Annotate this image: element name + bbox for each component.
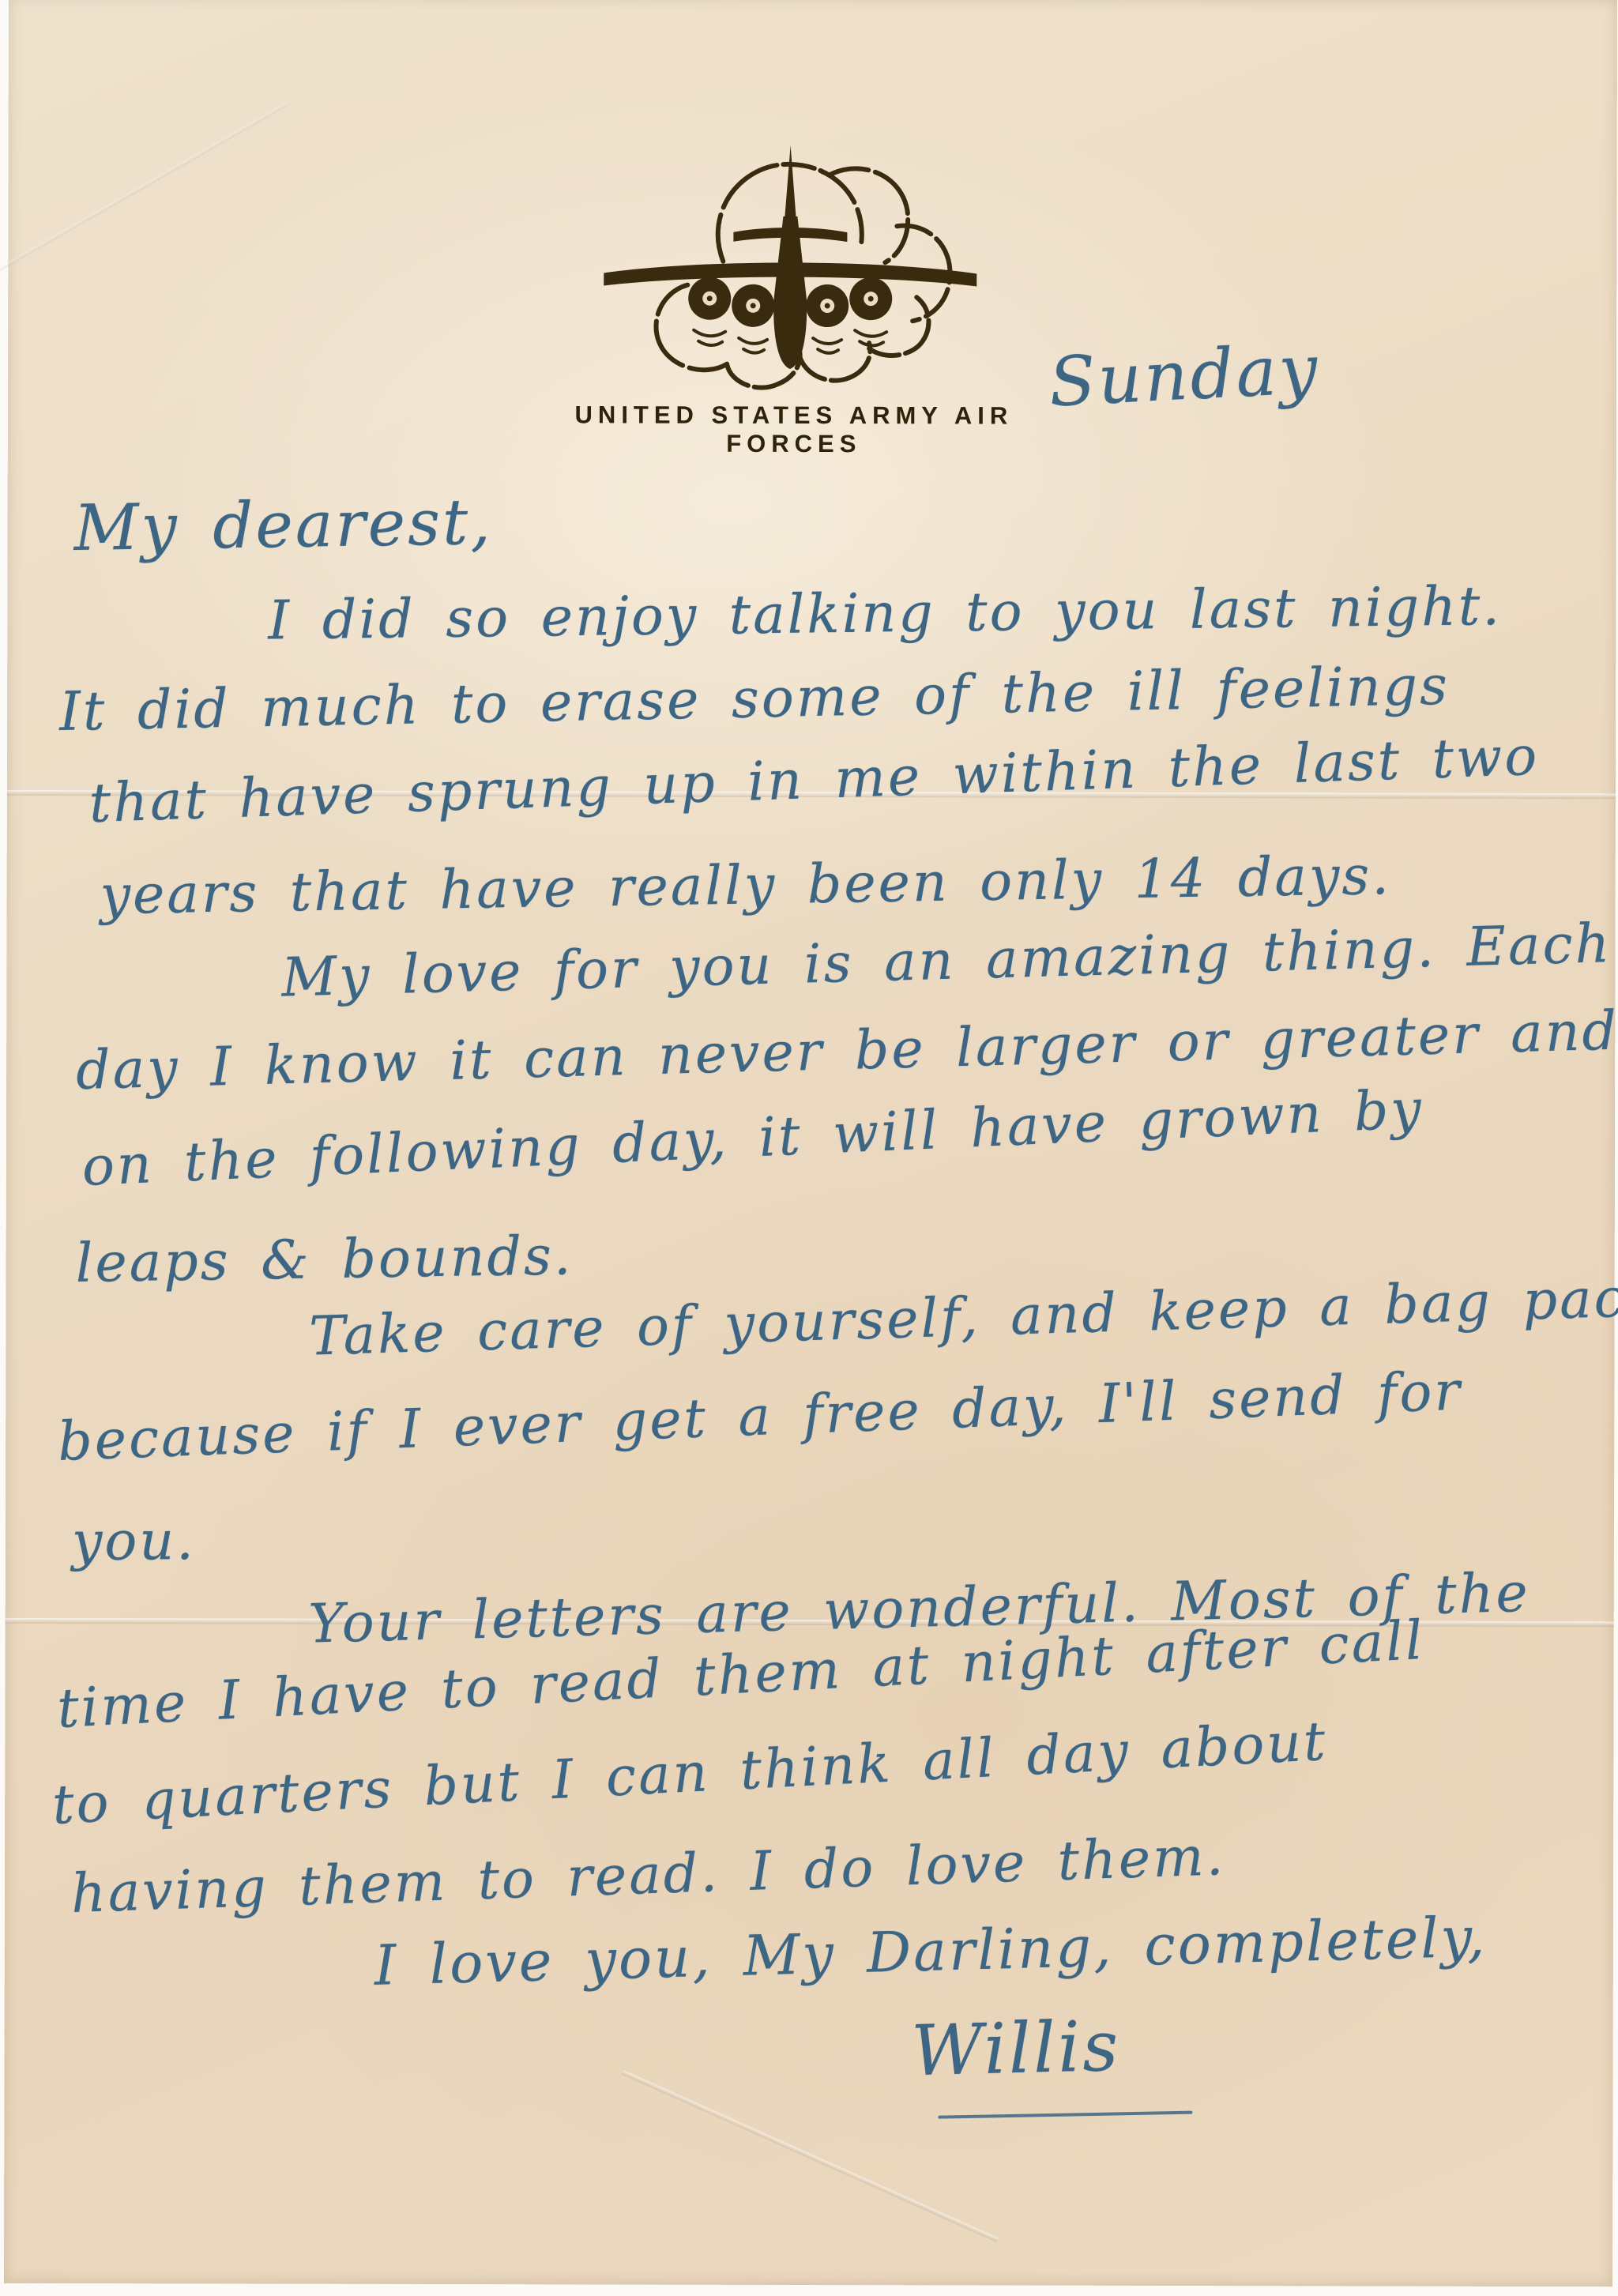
letter-line: I did so enjoy talking to you last night…	[268, 575, 1502, 653]
fold-crease	[0, 103, 288, 272]
letter-line: My love for you is an amazing thing. Eac…	[280, 913, 1612, 1009]
date-handwritten: Sunday	[1047, 329, 1321, 422]
letter-line: years that have really been only 14 days…	[100, 845, 1391, 927]
salutation: My dearest,	[73, 485, 493, 565]
letter-line: It did much to erase some of the ill fee…	[58, 655, 1450, 743]
letter-line: because if I ever get a free day, I'll s…	[57, 1360, 1463, 1474]
fold-crease	[622, 2070, 999, 2242]
signature: Willis	[910, 2005, 1121, 2091]
signature-underline	[938, 2111, 1192, 2119]
closing-line: I love you, My Darling, completely,	[374, 1904, 1488, 1997]
letter-photograph: UNITED STATES ARMY AIR FORCES Sunday My …	[0, 0, 1618, 2296]
letter-line: you.	[72, 1510, 196, 1573]
letter-paper: UNITED STATES ARMY AIR FORCES Sunday My …	[4, 0, 1617, 2287]
letterhead-title: UNITED STATES ARMY AIR FORCES	[529, 401, 1059, 458]
letter-line: leaps & bounds.	[75, 1225, 574, 1295]
bomber-emblem-icon	[593, 115, 988, 392]
letter-line: that have sprung up in me within the las…	[88, 725, 1541, 835]
letter-line: having them to read. I do love them.	[70, 1825, 1227, 1925]
